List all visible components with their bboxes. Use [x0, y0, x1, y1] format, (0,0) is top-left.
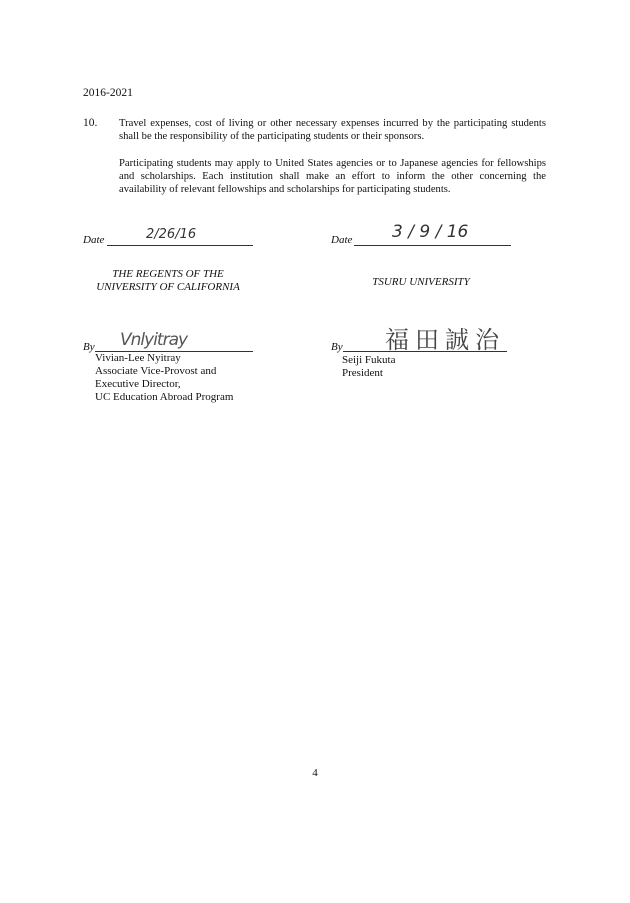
right-date-handwritten: 3 / 9 / 16 [392, 222, 468, 242]
left-date-line [107, 245, 253, 246]
page-number: 4 [0, 767, 630, 779]
left-institution: THE REGENTS OF THE UNIVERSITY OF CALIFOR… [83, 268, 253, 294]
left-signer-name: Vivian-Lee Nyitray [95, 352, 233, 365]
section-number: 10. [83, 117, 97, 129]
section-paragraph-2: Participating students may apply to Unit… [119, 157, 546, 196]
left-signer-details: Vivian-Lee Nyitray Associate Vice-Provos… [95, 352, 233, 404]
left-by-label: By [83, 341, 95, 353]
right-by-label: By [331, 341, 343, 353]
left-date-label: Date [83, 234, 104, 246]
right-signature: 福田誠治 [385, 320, 505, 355]
right-date-line [354, 245, 511, 246]
section-paragraph-1: Travel expenses, cost of living or other… [119, 117, 546, 143]
right-signer-details: Seiji Fukuta President [342, 354, 395, 380]
left-institution-line2: UNIVERSITY OF CALIFORNIA [83, 281, 253, 294]
left-signer-title-2: Executive Director, [95, 378, 233, 391]
right-date-label: Date [331, 234, 352, 246]
left-institution-line1: THE REGENTS OF THE [83, 268, 253, 281]
right-institution-line1: TSURU UNIVERSITY [331, 276, 511, 289]
right-signer-name: Seiji Fukuta [342, 354, 395, 367]
right-institution: TSURU UNIVERSITY [331, 276, 511, 289]
year-range: 2016-2021 [83, 87, 133, 99]
left-signer-title-3: UC Education Abroad Program [95, 391, 233, 404]
left-signature: Vnlyitray [120, 330, 187, 350]
left-date-handwritten: 2/26/16 [146, 227, 196, 242]
left-signer-title-1: Associate Vice-Provost and [95, 365, 233, 378]
right-signer-title-1: President [342, 367, 395, 380]
